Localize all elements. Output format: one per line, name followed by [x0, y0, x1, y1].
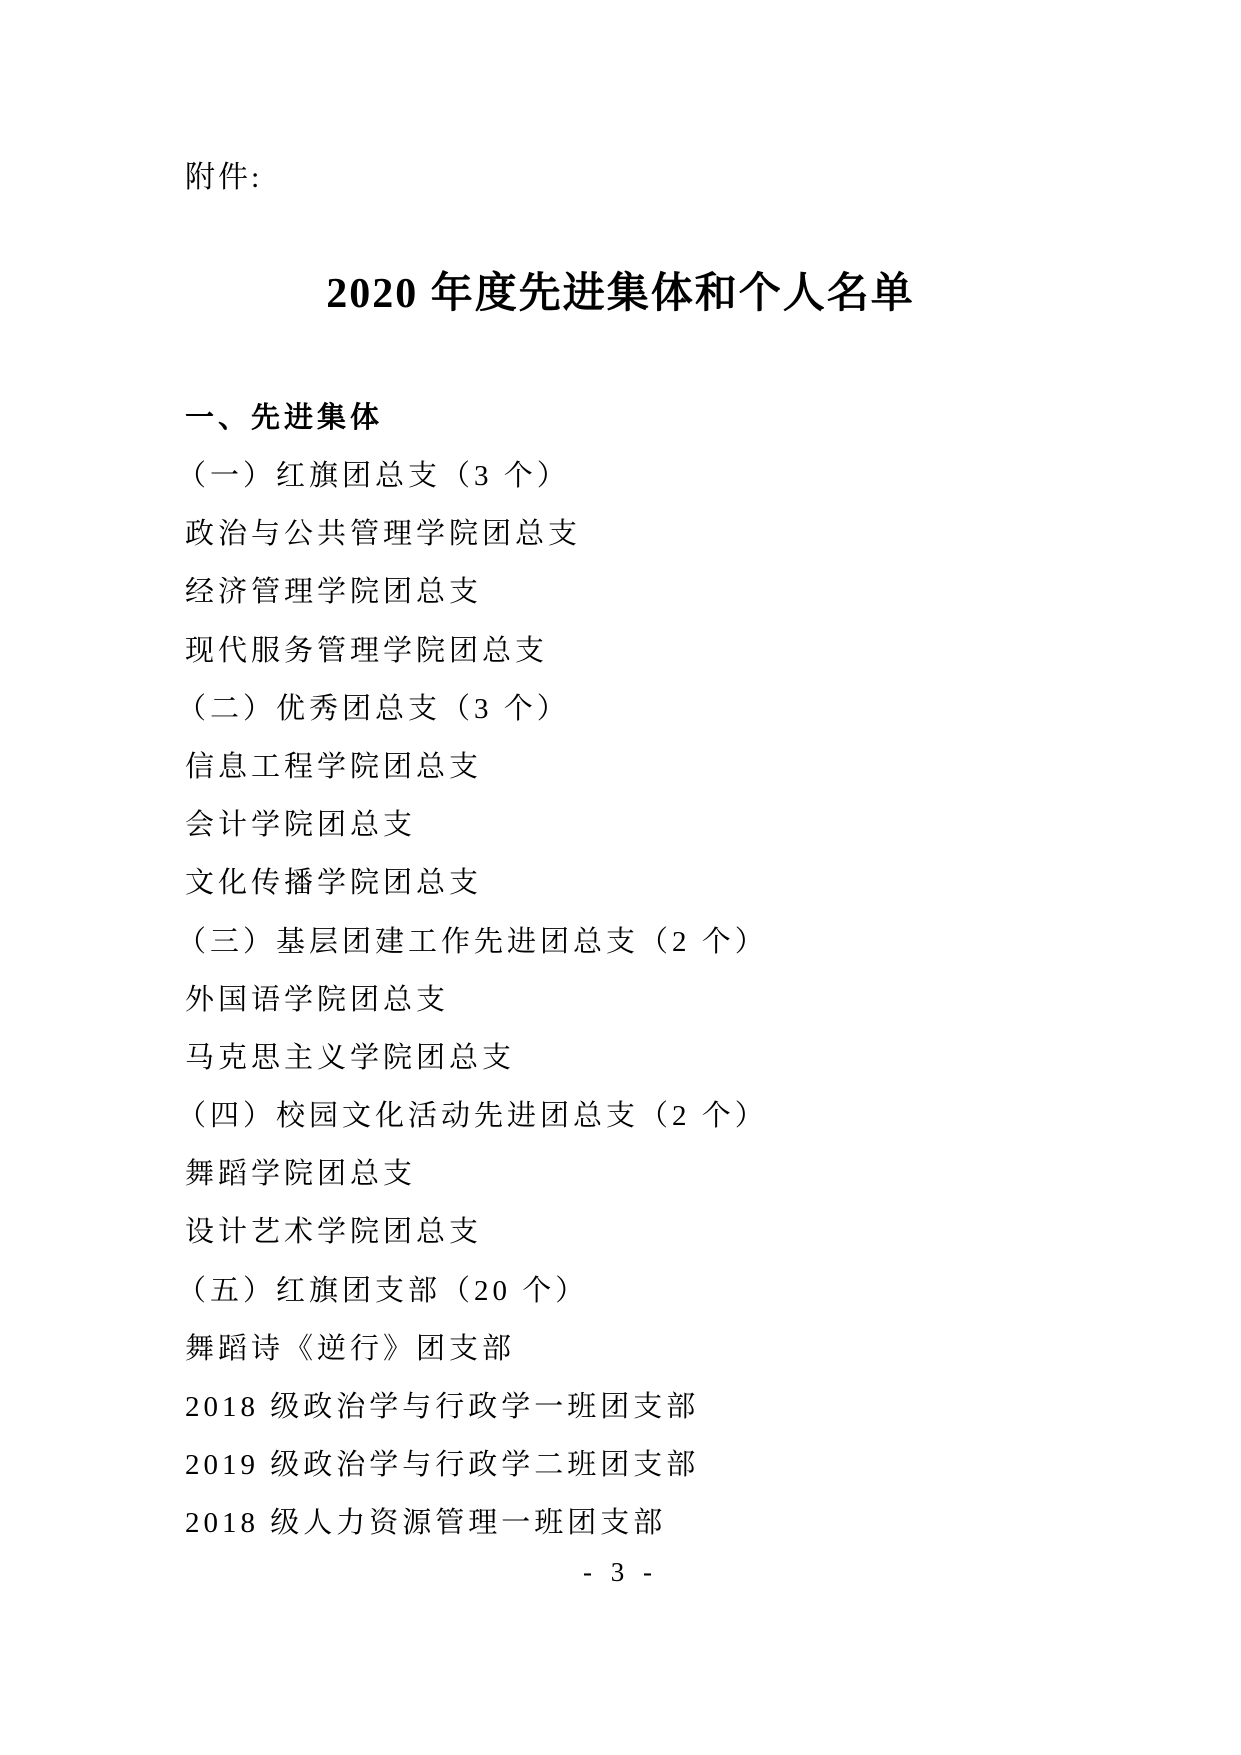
list-item: （四）校园文化活动先进团总支（2 个） [0, 1087, 1241, 1145]
list-item: 马克思主义学院团总支 [0, 1029, 1241, 1087]
document-page: 附件: 2020 年度先进集体和个人名单 一、先进集体 （一）红旗团总支（3 个… [0, 0, 1241, 1755]
list-item: 现代服务管理学院团总支 [0, 622, 1241, 680]
list-item: （二）优秀团总支（3 个） [0, 680, 1241, 738]
list-item: 2019 级政治学与行政学二班团支部 [0, 1436, 1241, 1494]
list-item: 政治与公共管理学院团总支 [0, 505, 1241, 563]
list-item: （三）基层团建工作先进团总支（2 个） [0, 913, 1241, 971]
list-item: 舞蹈学院团总支 [0, 1145, 1241, 1203]
attachment-label: 附件: [0, 0, 1241, 198]
section-heading-advanced-collectives: 一、先进集体 [0, 389, 1241, 447]
document-title: 2020 年度先进集体和个人名单 [0, 266, 1241, 322]
list-item: 2018 级政治学与行政学一班团支部 [0, 1378, 1241, 1436]
list-item: 设计艺术学院团总支 [0, 1203, 1241, 1261]
page-number: - 3 - [0, 1558, 1241, 1586]
list-item: 会计学院团总支 [0, 796, 1241, 854]
body-lines: （一）红旗团总支（3 个） 政治与公共管理学院团总支 经济管理学院团总支 现代服… [0, 447, 1241, 1553]
list-item: （一）红旗团总支（3 个） [0, 447, 1241, 505]
list-item: 经济管理学院团总支 [0, 563, 1241, 621]
list-item: 舞蹈诗《逆行》团支部 [0, 1320, 1241, 1378]
list-item: 信息工程学院团总支 [0, 738, 1241, 796]
list-item: 文化传播学院团总支 [0, 854, 1241, 912]
list-item: 外国语学院团总支 [0, 971, 1241, 1029]
list-item: 2018 级人力资源管理一班团支部 [0, 1494, 1241, 1552]
list-item: （五）红旗团支部（20 个） [0, 1262, 1241, 1320]
